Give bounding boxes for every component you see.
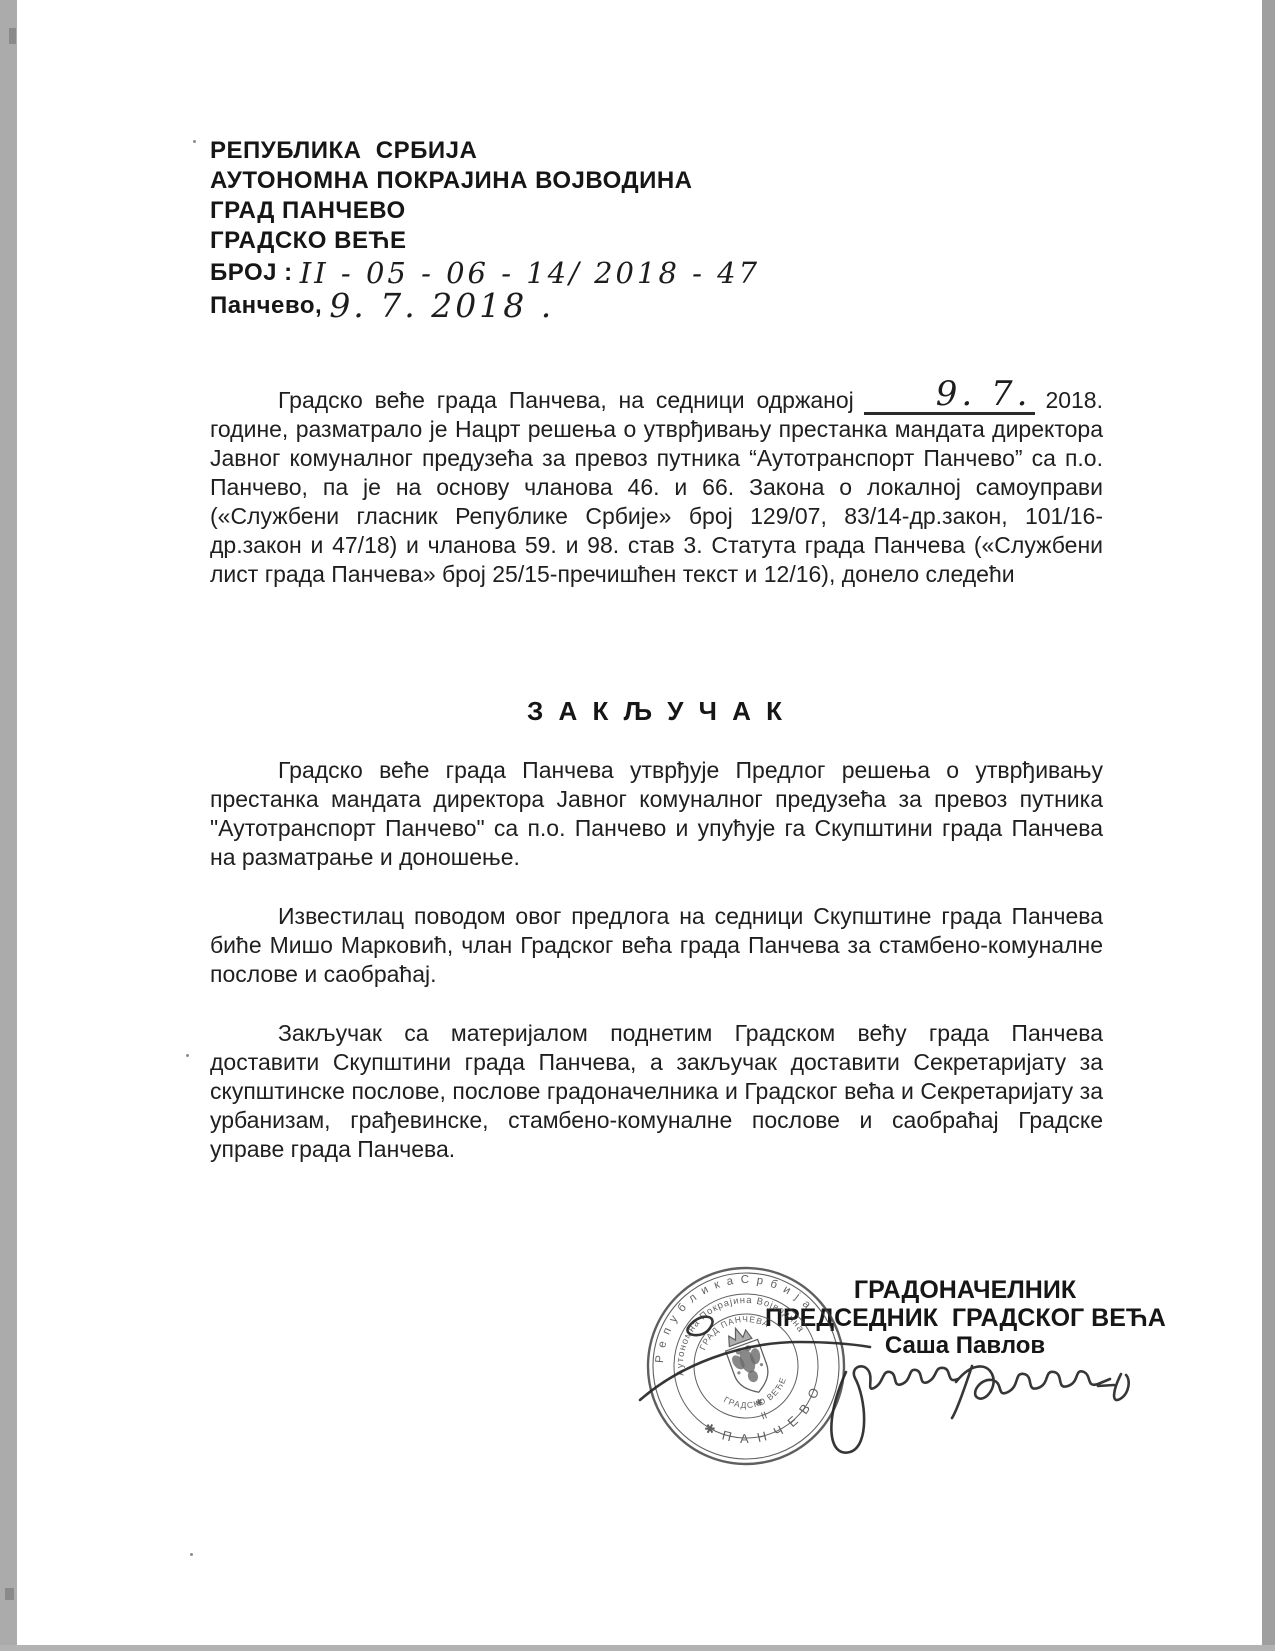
letterhead-province: АУТОНОМНА ПОКРАЈИНА ВОЈВОДИНА	[210, 166, 760, 196]
scan-smudge	[9, 28, 16, 44]
scanned-document-page: РЕПУБЛИКА СРБИЈА АУТОНОМНА ПОКРАЈИНА ВОЈ…	[0, 0, 1275, 1651]
scan-edge-left	[0, 0, 17, 1651]
scan-edge-right	[1262, 0, 1275, 1651]
document-body: Градско веће града Панчева, на седници о…	[210, 386, 1103, 1164]
signature-ink	[600, 1280, 1160, 1470]
scan-smudge	[5, 1588, 14, 1600]
paragraph-intro: Градско веће града Панчева, на седници о…	[210, 386, 1103, 589]
signature-last-name	[952, 1366, 1129, 1418]
paragraph-conclusion: Градско веће града Панчева утврђује Пред…	[210, 756, 1103, 872]
letterhead-republic: РЕПУБЛИКА СРБИЈА	[210, 136, 760, 166]
document-title: З А К Љ У Ч А К	[210, 697, 1103, 726]
document-number-handwritten: II - 05 - 06 - 14/ 2018 - 47	[300, 256, 760, 290]
scan-edge-bottom	[0, 1645, 1275, 1651]
paragraph-rapporteur: Известилац поводом овог предлога на седн…	[210, 902, 1103, 989]
intro-text-after-date: 2018. године, разматрало је Нацрт решења…	[210, 387, 1103, 587]
letterhead: РЕПУБЛИКА СРБИЈА АУТОНОМНА ПОКРАЈИНА ВОЈ…	[210, 136, 760, 316]
paragraph-distribution: Закључак са материјалом поднетим Градско…	[210, 1019, 1103, 1164]
signature-pen-loop	[687, 1317, 712, 1335]
date-handwritten: 9. 7. 2018 .	[329, 286, 554, 325]
scan-speck	[193, 140, 196, 143]
signature-strokes	[640, 1317, 1129, 1453]
letterhead-city: ГРАД ПАНЧЕВО	[210, 196, 760, 226]
place-label: Панчево,	[210, 292, 329, 319]
signature-first-name	[831, 1366, 958, 1452]
session-date-handwritten: 9. 7.	[936, 374, 1032, 414]
document-number-line: БРОЈ : II - 05 - 06 - 14/ 2018 - 47	[210, 256, 760, 286]
signature-flourish	[640, 1342, 870, 1400]
letterhead-council: ГРАДСКО ВЕЋЕ	[210, 226, 760, 256]
scan-speck	[190, 1553, 193, 1556]
session-date-blank: 9. 7.	[864, 388, 1036, 415]
document-number-label: БРОЈ :	[210, 259, 300, 286]
scan-speck	[186, 1054, 189, 1057]
place-date-line: Панчево, 9. 7. 2018 .	[210, 286, 760, 316]
intro-text-before-date: Градско веће града Панчева, на седници о…	[278, 387, 854, 413]
